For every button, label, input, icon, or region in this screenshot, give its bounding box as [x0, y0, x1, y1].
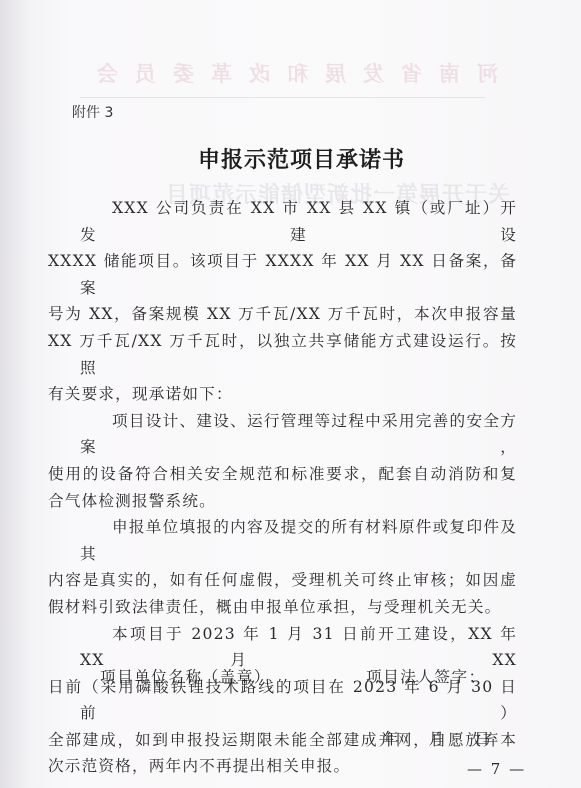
date-day-label: 日 [474, 727, 490, 749]
paragraph-schedule: 本项目于 2023 年 1 月 31 日前开工建设，XX 年 XX 月 XX 日… [80, 621, 517, 781]
date-line: 年 月 日 [383, 727, 490, 749]
text-line: 使用的设备符合相关安全规范和标准要求，配套自动消防和复 [80, 461, 517, 488]
text-line: 合气体检测报警系统。 [80, 488, 517, 515]
text-line: 内容是真实的，如有任何虚假，受理机关可终止审核；如因虚 [80, 567, 517, 594]
paragraph-project-info: XXX 公司负责在 XX 市 XX 县 XX 镇（或厂址）开发建设 XXXX 储… [80, 195, 517, 408]
document-title: 申报示范项目承诺书 [0, 143, 581, 174]
text-line: 有关要求，现承诺如下： [80, 381, 517, 408]
text-line: 次示范资格，两年内不再提出相关申报。 [80, 753, 517, 780]
bleed-through-rule [80, 97, 485, 98]
page-number: — 7 — [467, 760, 526, 778]
text-line: 项目设计、建设、运行管理等过程中采用完善的安全方案， [80, 408, 517, 461]
text-line: 号为 XX，备案规模 XX 万千瓦/XX 万千瓦时，本次申报容量 [80, 301, 517, 328]
text-line: 假材料引致法律责任，概由申报单位承担，与受理机关无关。 [80, 594, 517, 621]
text-line: XX 万千瓦/XX 万千瓦时，以独立共享储能方式建设运行。按照 [80, 328, 517, 381]
date-year-label: 年 [383, 727, 399, 749]
text-line: XXXX 储能项目。该项目于 XXXX 年 XX 月 XX 日备案，备案 [80, 248, 517, 301]
paragraph-safety: 项目设计、建设、运行管理等过程中采用完善的安全方案， 使用的设备符合相关安全规范… [80, 408, 517, 514]
attachment-label: 附件 3 [72, 102, 113, 122]
document-body: XXX 公司负责在 XX 市 XX 县 XX 镇（或厂址）开发建设 XXXX 储… [80, 195, 517, 780]
legal-person-signature-label: 项目法人签字： [366, 665, 486, 687]
paragraph-authenticity: 申报单位填报的内容及提交的所有材料原件或复印件及其 内容是真实的，如有任何虚假，… [80, 514, 517, 620]
unit-name-seal-label: 项目单位名称（盖章） [100, 665, 271, 687]
bleed-through-letterhead: 河南省发展和改革委员会 [88, 58, 498, 88]
text-line: XXX 公司负责在 XX 市 XX 县 XX 镇（或厂址）开发建设 [80, 195, 517, 248]
date-month-label: 月 [429, 727, 445, 749]
text-line: 申报单位填报的内容及提交的所有材料原件或复印件及其 [80, 514, 517, 567]
document-page: 河南省发展和改革委员会 关于开展第一批新型储能示范项目 附件 3 申报示范项目承… [0, 0, 581, 788]
page-edge-shadow [0, 0, 30, 788]
